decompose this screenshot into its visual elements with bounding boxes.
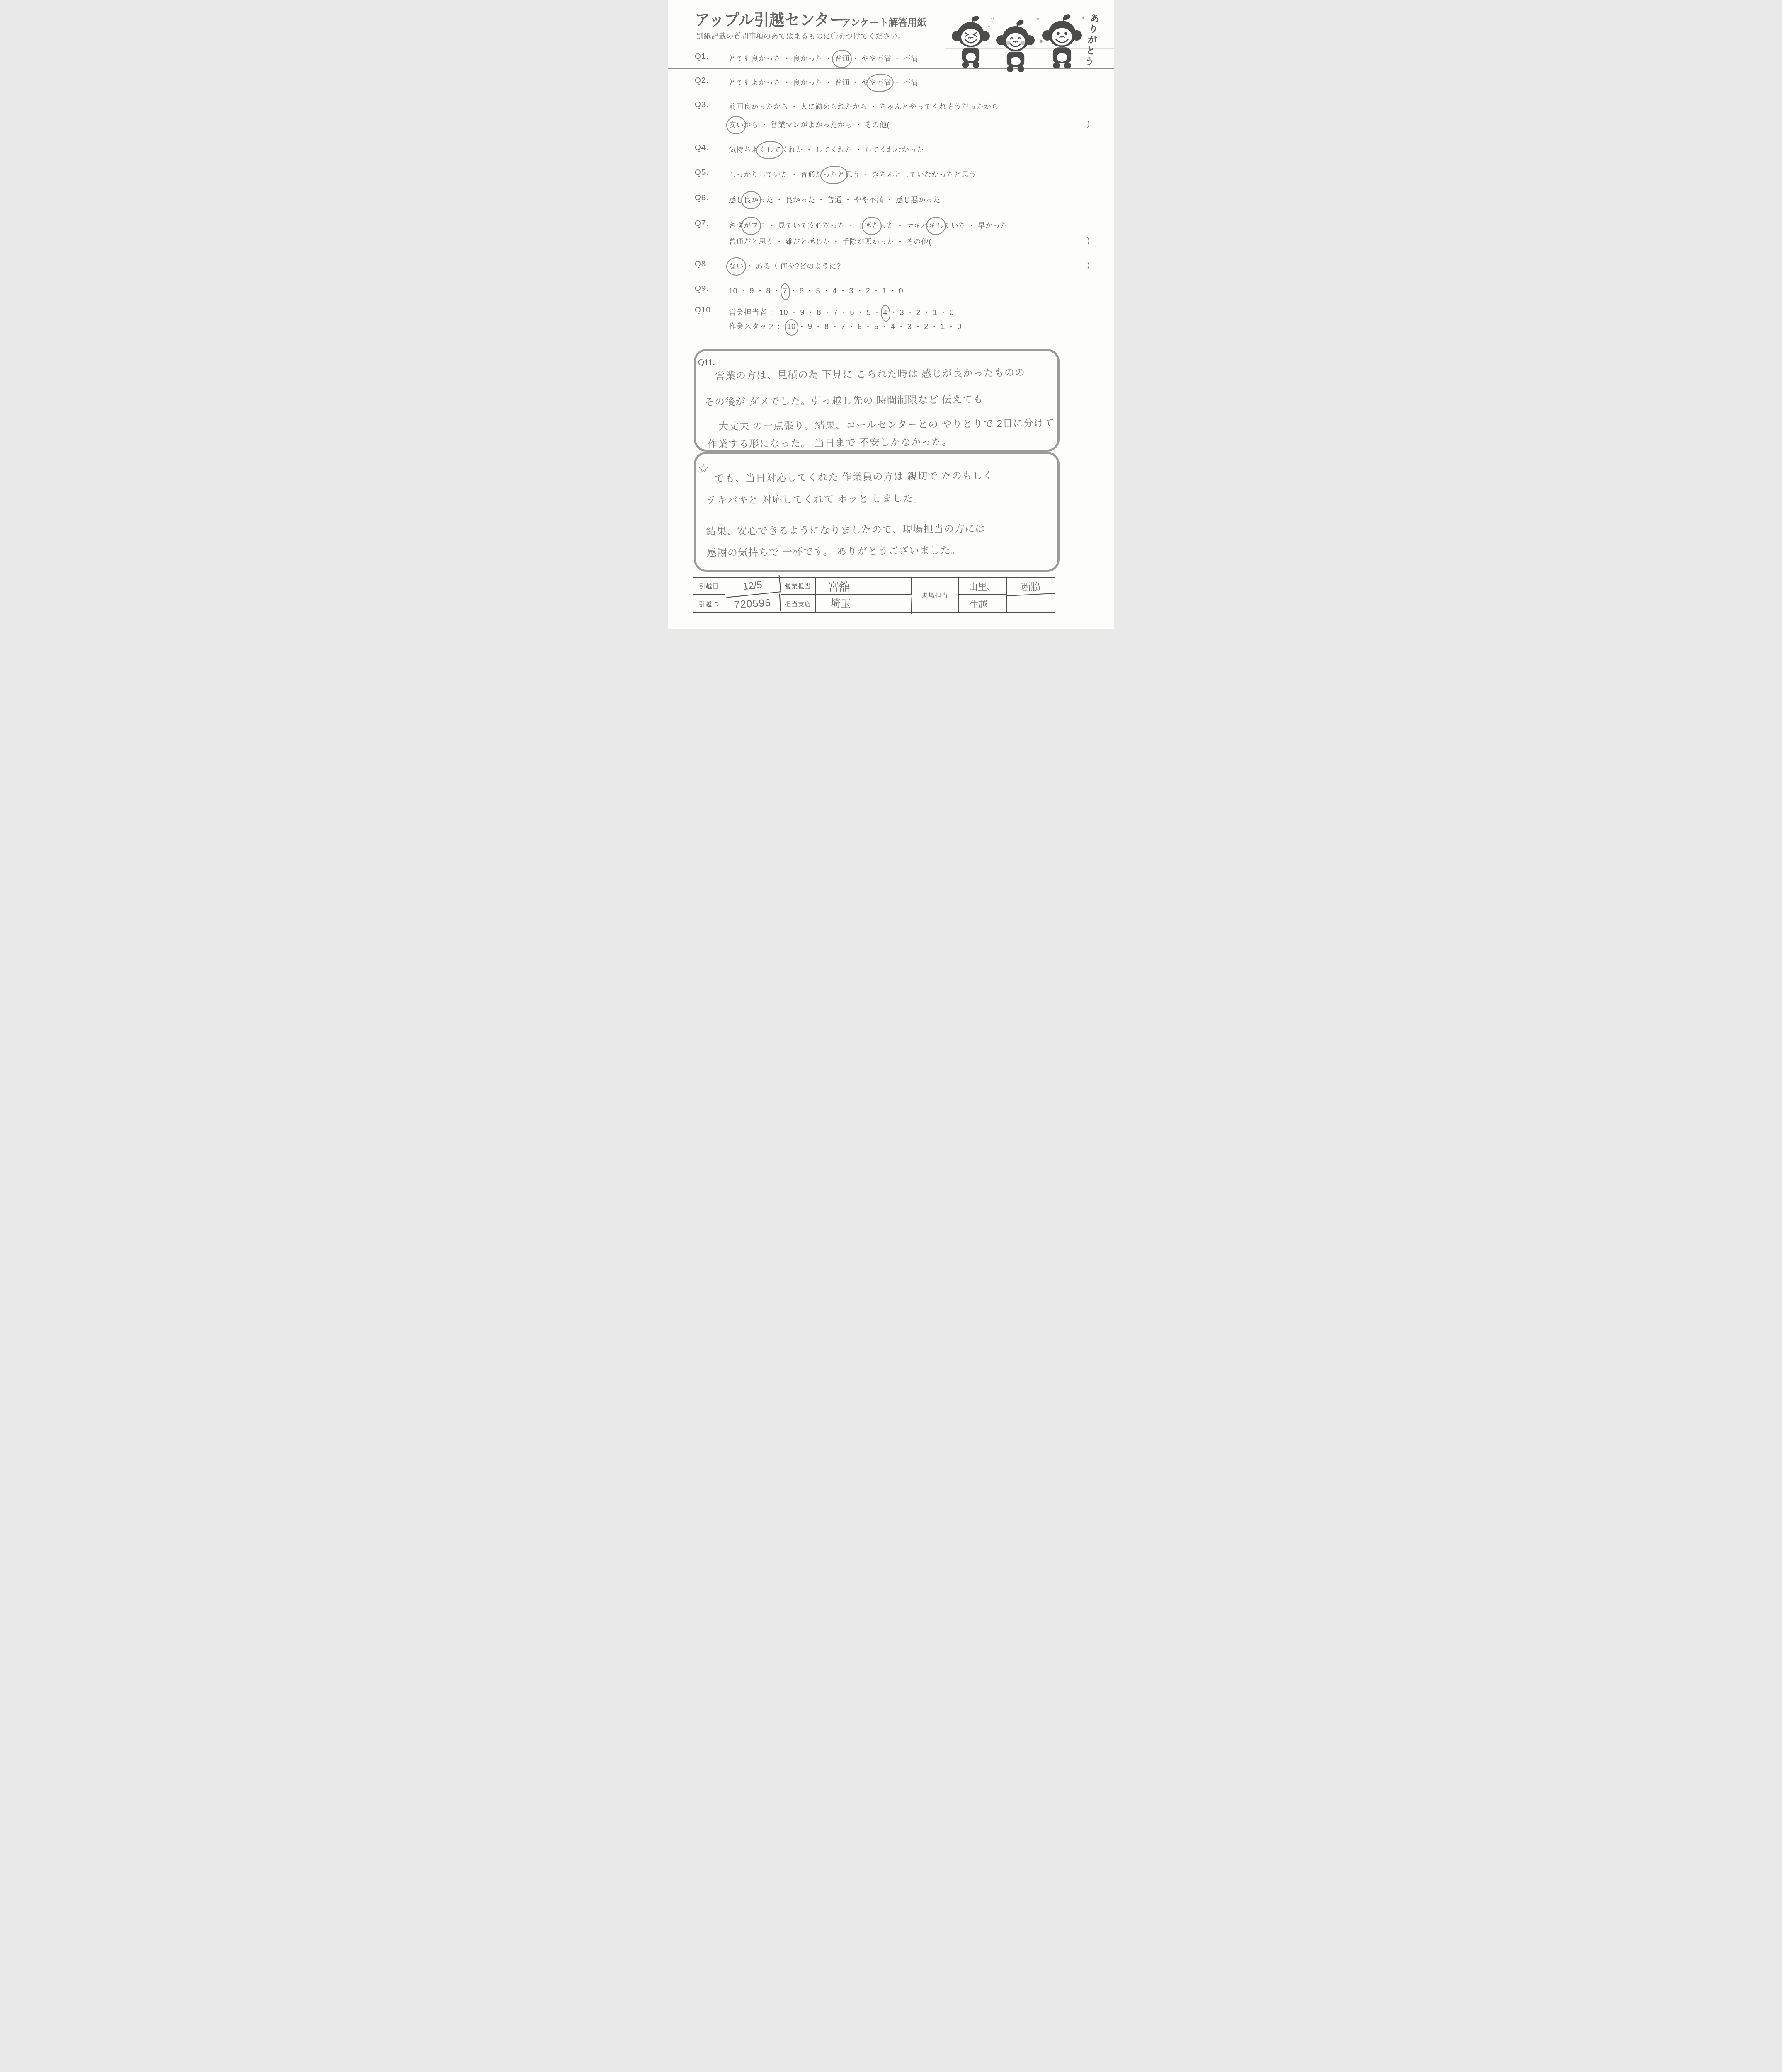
sparkle-icon: ✦ <box>1081 15 1086 22</box>
q5-options: しっかりしていた ・ 普通だったと思う ・ きちんとしていなかったと思う <box>729 169 1108 179</box>
option-text: 営業担当者 ： 10 ・ 9 ・ 8 ・ 7 ・ 6 ・ 5 ・ <box>729 308 883 317</box>
option-text: しっかりしていた ・ 普通だ <box>729 170 823 179</box>
sparkle-icon: ✦ <box>1035 16 1040 23</box>
option-text: ・ 3 ・ 2 ・ 1 ・ 0 <box>887 308 954 317</box>
circled-option: 安い <box>729 119 744 130</box>
option-text: ていた ・ 早かった <box>943 221 1008 230</box>
q7-options-line2: 普通だと思う ・ 雑だと感じた ・ 手際が悪かった ・ その他() <box>729 236 1108 247</box>
handwritten-line: でも、当日対応してくれた 作業員の方は 親切で たのもしく <box>714 467 993 484</box>
option-text: 10 ・ 9 ・ 8 ・ <box>729 287 783 295</box>
comment-box-2: ☆ でも、当日対応してくれた 作業員の方は 親切で たのもしく テキパキと 対応… <box>694 452 1060 572</box>
circled-option: キし <box>929 220 943 230</box>
site-rep-name: 生越 <box>959 595 1007 612</box>
comment-box-1: 営業の方は、見積の為 下見に こられた時は 感じが良かったものの その後が ダメ… <box>694 349 1060 452</box>
option-text: とてもよかった ・ 良かった ・ 普通 ・ や <box>729 78 869 87</box>
handwritten-line: 営業の方は、見積の為 下見に こられた時は 感じが良かったものの <box>715 364 1025 382</box>
circled-option: 普通 <box>834 53 849 63</box>
q1-options: とても良かった ・ 良かった ・ 普通 ・ やや不満 ・ 不満 <box>729 53 1108 63</box>
sheet-title: アンケート解答用紙 <box>841 15 927 29</box>
option-text: ・ 6 ・ 5 ・ 4 ・ 3 ・ 2 ・ 1 ・ 0 <box>787 287 903 295</box>
option-text: った ・ 良かった ・ 普通 ・ やや不満 ・ 感じ悪かった <box>759 196 941 204</box>
option-text: 普通だと思う ・ 雑だと感じた ・ 手際が悪かった ・ その他( <box>729 237 931 246</box>
q8-label: Q8. <box>695 260 709 269</box>
option-text: 前回良かったから ・ 人に勧められたから ・ ちゃんとやってくれそうだったから <box>729 102 999 111</box>
move-id-label: 引越ID <box>693 595 725 612</box>
move-date-label: 引越日 <box>693 578 725 595</box>
handwritten-line: 感謝の気持ちで 一杯です。 ありがとうございました。 <box>707 542 961 559</box>
option-text: 作業スタッフ ： <box>729 322 787 331</box>
brand-title: アップル引越センター <box>695 7 845 30</box>
handwritten-line: 大丈夫 の一点張り。結果、コールセンターとの やりとりで 2日に分けて <box>718 415 1055 433</box>
instruction-text: 別紙記載の質問事項のあてはまるものに〇をつけてください。 <box>696 31 905 41</box>
sales-rep-value: 宮舘 <box>816 578 912 595</box>
site-rep-name: 西脇 <box>1006 576 1055 596</box>
circled-option: ったと <box>823 169 845 179</box>
circled-option: くして <box>759 144 781 155</box>
option-text: ・ やや不満 ・ 不満 <box>849 54 918 63</box>
option-text: から ・ 営業マンがよかったから ・ その他( <box>744 121 890 129</box>
handwritten-line: その後が ダメでした。引っ越し先の 時間制限など 伝えても <box>704 391 983 408</box>
sparkle-icon: ✦ <box>1038 37 1044 46</box>
option-text: くれた ・ してくれた ・ してくれなかった <box>781 145 924 154</box>
branch-value: 埼玉 <box>816 593 912 614</box>
closing-paren: ) <box>1087 236 1090 245</box>
footer-table: 引越日 12/5 営業担当 宮舘 現場担当 山里、 西脇 引越ID 720596… <box>693 577 1055 613</box>
circled-option: 寧だ <box>864 220 879 230</box>
q1-label: Q1. <box>695 52 709 61</box>
q7-label: Q7. <box>695 219 709 228</box>
site-rep-name: 山里、 <box>959 578 1007 595</box>
q4-label: Q4. <box>695 143 709 152</box>
option-text: 感じ <box>729 196 744 204</box>
q10-staff-scale: 作業スタッフ ： 10 ・ 9 ・ 8 ・ 7 ・ 6 ・ 5 ・ 4 ・ 3 … <box>729 321 1108 332</box>
circled-option: や不満 <box>869 77 891 87</box>
circled-option: がプ <box>744 220 759 230</box>
option-text: 思う ・ きちんとしていなかったと思う <box>845 170 977 179</box>
q5-label: Q5. <box>695 168 709 177</box>
option-text: さす <box>729 221 744 230</box>
circled-option: 7 <box>783 287 788 295</box>
move-id-value: 720596 <box>725 594 781 614</box>
site-rep-label: 現場担当 <box>912 578 959 612</box>
circled-option: 10 <box>787 322 796 331</box>
handwritten-line: 作業する形になった。 当日まで 不安しかなかった。 <box>708 433 953 450</box>
q3-label: Q3. <box>695 100 709 109</box>
q9-label: Q9. <box>695 284 709 293</box>
q9-scale: 10 ・ 9 ・ 8 ・ 7 ・ 6 ・ 5 ・ 4 ・ 3 ・ 2 ・ 1 ・… <box>729 285 1108 296</box>
option-text: った ・ テキパ <box>879 221 929 230</box>
q8-options: ない ・ ある（ 何を?どのように?) <box>729 261 1108 271</box>
circled-option: 良か <box>744 194 759 205</box>
site-rep-name-empty <box>1007 595 1055 612</box>
option-text: ・ 不満 <box>891 78 918 87</box>
q10-sales-scale: 営業担当者 ： 10 ・ 9 ・ 8 ・ 7 ・ 6 ・ 5 ・ 4 ・ 3 ・… <box>729 307 1108 317</box>
monkey-mascot-icon <box>996 18 1035 72</box>
handwritten-line: 結果、安心できるようになりましたので、現場担当の方には <box>706 520 986 537</box>
handwritten-line: テキパキと 対応してくれて ホッと しました。 <box>707 490 924 506</box>
option-text: 気持ちよ <box>729 145 759 154</box>
q10-label: Q10. <box>695 306 713 315</box>
branch-label: 担当支店 <box>781 595 816 612</box>
questionnaire-page: アップル引越センター アンケート解答用紙 別紙記載の質問事項のあてはまるものに〇… <box>668 0 1114 629</box>
q3-options-line1: 前回良かったから ・ 人に勧められたから ・ ちゃんとやってくれそうだったから <box>729 101 1108 111</box>
q7-options-line1: さすがプロ ・ 見ていて安心だった ・ 丁寧だった ・ テキパキしていた ・ 早… <box>729 220 1108 230</box>
q2-options: とてもよかった ・ 良かった ・ 普通 ・ やや不満 ・ 不満 <box>729 77 1108 87</box>
q6-label: Q6. <box>695 194 709 203</box>
circled-option: 4 <box>883 308 888 317</box>
closing-paren: ) <box>1087 261 1090 269</box>
option-text: ・ ある（ 何を?どのように? <box>744 262 841 270</box>
circled-option: ない <box>729 261 744 271</box>
option-text: ロ ・ 見ていて安心だった ・ 丁 <box>759 221 864 230</box>
q2-label: Q2. <box>695 76 709 85</box>
option-text: とても良かった ・ 良かった ・ <box>729 54 834 63</box>
q3-options-line2: 安いから ・ 営業マンがよかったから ・ その他() <box>729 119 1108 130</box>
q6-options: 感じ良かった ・ 良かった ・ 普通 ・ やや不満 ・ 感じ悪かった <box>729 194 1108 205</box>
q4-options: 気持ちよくしてくれた ・ してくれた ・ してくれなかった <box>729 144 1108 155</box>
closing-paren: ) <box>1087 119 1090 128</box>
sales-rep-label: 営業担当 <box>781 578 816 595</box>
star-mark: ☆ <box>698 461 709 476</box>
option-text: ・ 9 ・ 8 ・ 7 ・ 6 ・ 5 ・ 4 ・ 3 ・ 2 ・ 1 ・ 0 <box>796 322 962 331</box>
